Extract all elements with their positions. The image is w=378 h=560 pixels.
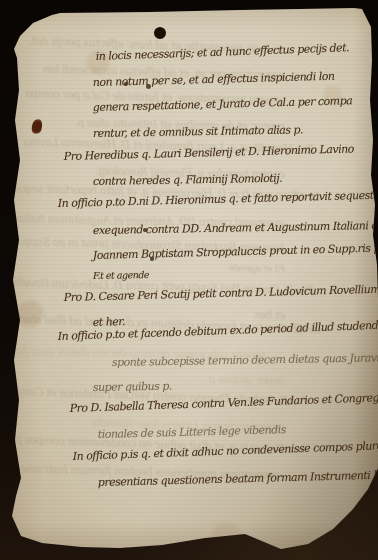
ink-speck — [124, 82, 128, 86]
manuscript-line: Pro Heredibus q. Lauri Bensilerij et D. … — [64, 142, 354, 163]
manuscript-line: Pro D. Isabella Theresa contra Ven.les F… — [70, 391, 378, 415]
manuscript-line: contra heredes q. Flaminij Romolotij. — [93, 172, 283, 188]
manuscript-line: F.t et agende — [93, 270, 149, 282]
manuscript-line: non notum per se, et ad effectus inspici… — [93, 70, 335, 89]
handwriting-layer: in locis necessarijs; et ad hunc effectu… — [0, 0, 378, 560]
manuscript-line: exequend contra DD. Andream et Augustinu… — [93, 219, 378, 237]
ink-speck — [143, 228, 147, 232]
manuscript-line: Pro D. Cesare Peri Scutij petit contra D… — [64, 283, 378, 304]
manuscript-line: rentur, et de omnibus sit Intimato alias… — [93, 123, 303, 140]
manuscript-line: In officio p.to D.ni D. Hieronimus q. et… — [58, 188, 378, 210]
ink-speck — [150, 257, 154, 261]
manuscript-line: super quibus p. — [93, 380, 172, 394]
photo-background: in locis necessarijs; et ad hunc effectu… — [0, 0, 378, 560]
manuscript-line: genera respettatione, et Jurato de Cal.a… — [93, 94, 353, 114]
ink-speck — [146, 84, 151, 89]
manuscript-line: in locis necessarijs; et ad hunc effectu… — [96, 41, 350, 63]
manuscript-line: Joannem Baptistam Stroppaluccis prout in… — [93, 241, 378, 262]
manuscript-line: In officio p.is q. et dixit adhuc no con… — [73, 439, 378, 463]
manuscript-line: tionales de suis Litteris lege vibendis — [98, 423, 286, 441]
wormhole-mark — [154, 27, 166, 39]
manuscript-line: presentians questionens beatam formam In… — [98, 468, 378, 489]
manuscript-line: sponte subcepisse termino decem dietas q… — [112, 351, 378, 369]
manuscript-page: in locis necessarijs; et ad hunc effectu… — [0, 0, 378, 560]
